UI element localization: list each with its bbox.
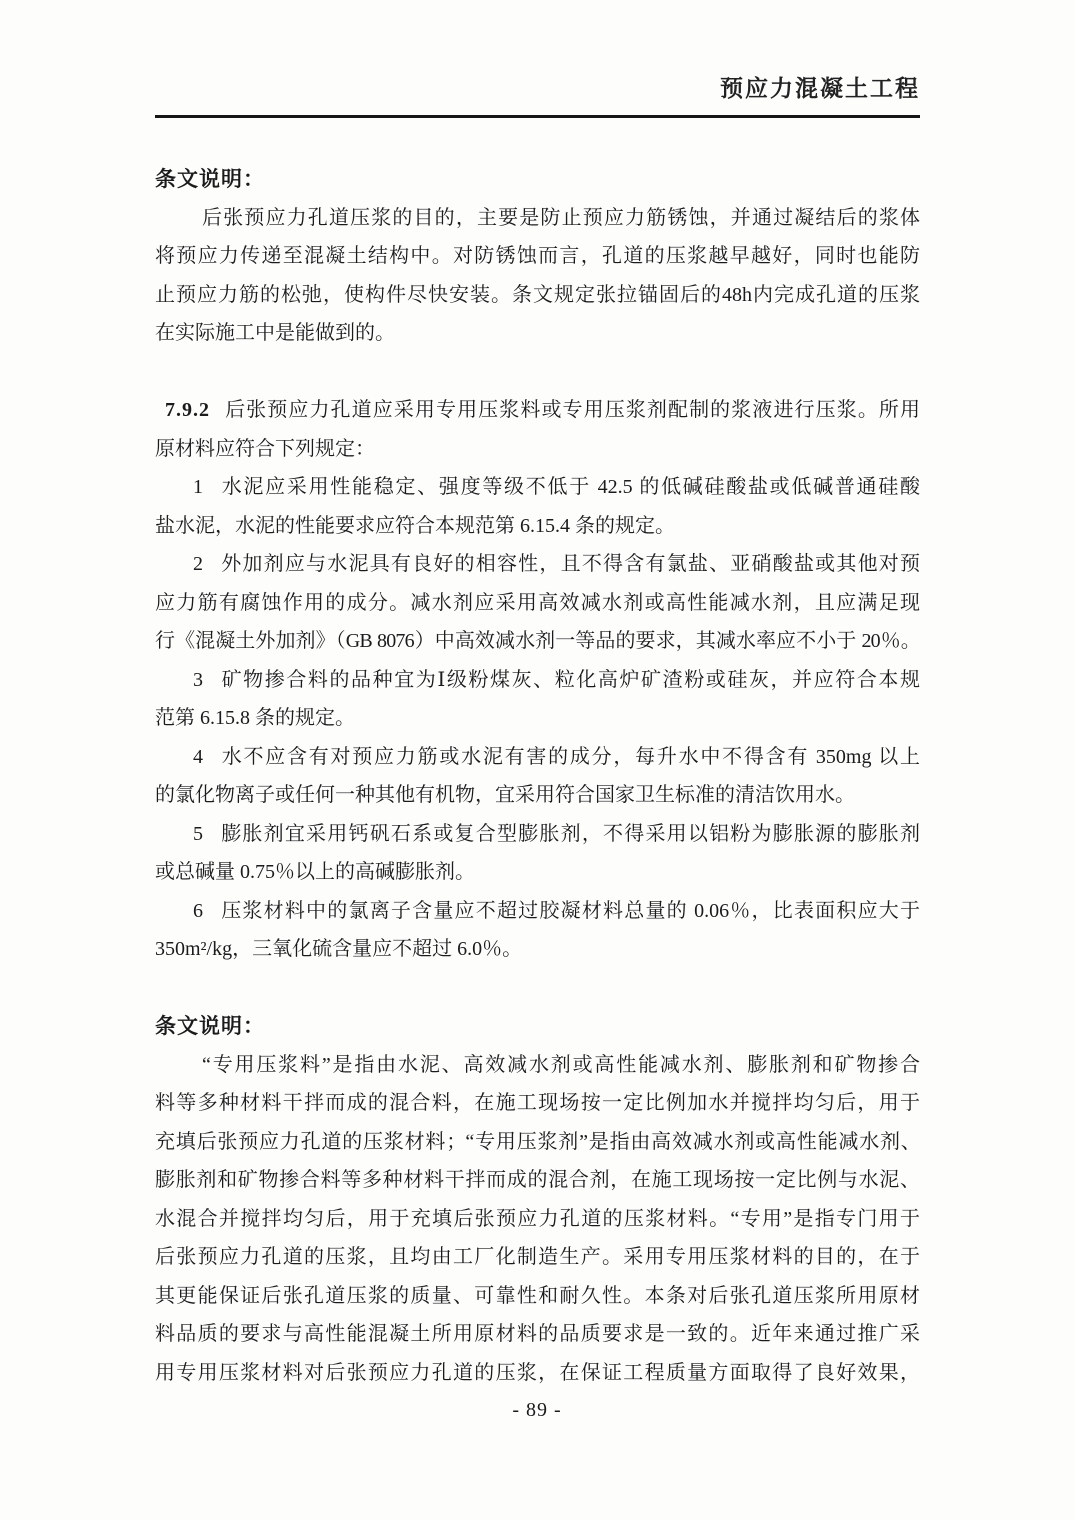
- blank-line: [155, 353, 920, 392]
- list-item-line: 或总碱量 0.75％以上的高碱膨胀剂。: [155, 853, 920, 892]
- list-item-line: 1水泥应采用性能稳定、强度等级不低于 42.5 的低碱硅酸盐或低碱普通硅酸: [155, 468, 920, 507]
- paragraph-line: 后张预应力孔道的压浆，且均由工厂化制造生产。采用专用压浆材料的目的，在于: [155, 1238, 920, 1277]
- list-item-line: 4水不应含有对预应力筋或水泥有害的成分，每升水中不得含有 350mg 以上: [155, 738, 920, 777]
- list-item-number: 3: [193, 669, 203, 691]
- list-item-number: 5: [193, 823, 203, 845]
- clause-intro-line: 7.9.2后张预应力孔道应采用专用压浆料或专用压浆剂配制的浆液进行压浆。所用: [155, 391, 920, 430]
- list-item-text: 压浆材料中的氯离子含量应不超过胶凝材料总量的 0.06％，比表面积应大于: [220, 900, 920, 922]
- section-heading: 条文说明：: [155, 160, 920, 199]
- blank-line: [155, 969, 920, 1008]
- list-item-line: 2外加剂应与水泥具有良好的相容性，且不得含有氯盐、亚硝酸盐或其他对预: [155, 545, 920, 584]
- paragraph-line: 将预应力传递至混凝土结构中。对防锈蚀而言，孔道的压浆越早越好，同时也能防: [155, 237, 920, 276]
- document-page: 预应力混凝土工程 条文说明： 后张预应力孔道压浆的目的，主要是防止预应力筋锈蚀，…: [0, 0, 1074, 1520]
- list-item-text: 膨胀剂宜采用钙矾石系或复合型膨胀剂，不得采用以铝粉为膨胀源的膨胀剂: [220, 823, 920, 845]
- page-number: - 89 -: [0, 1399, 1074, 1422]
- paragraph-line: 水混合并搅拌均匀后，用于充填后张预应力孔道的压浆材料。“专用”是指专门用于: [155, 1200, 920, 1239]
- list-item-line: 范第 6.15.8 条的规定。: [155, 699, 920, 738]
- paragraph-line: 其更能保证后张孔道压浆的质量、可靠性和耐久性。本条对后张孔道压浆所用原材: [155, 1277, 920, 1316]
- list-item-line: 的氯化物离子或任何一种其他有机物，宜采用符合国家卫生标准的清洁饮用水。: [155, 776, 920, 815]
- list-item-number: 2: [193, 553, 203, 575]
- paragraph-line: 充填后张预应力孔道的压浆材料；“专用压浆剂”是指由高效减水剂或高性能减水剂、: [155, 1123, 920, 1162]
- list-item-line: 盐水泥，水泥的性能要求应符合本规范第 6.15.4 条的规定。: [155, 507, 920, 546]
- clause-intro-line: 原材料应符合下列规定：: [155, 430, 920, 469]
- list-item-line: 6压浆材料中的氯离子含量应不超过胶凝材料总量的 0.06％，比表面积应大于: [155, 892, 920, 931]
- clause-number: 7.9.2: [165, 399, 210, 421]
- clause-intro-text: 后张预应力孔道应采用专用压浆料或专用压浆剂配制的浆液进行压浆。所用: [224, 399, 920, 421]
- paragraph-line: 料等多种材料干拌而成的混合料，在施工现场按一定比例加水并搅拌均匀后，用于: [155, 1084, 920, 1123]
- list-item-line: 3矿物掺合料的品种宜为Ⅰ级粉煤灰、粒化高炉矿渣粉或硅灰，并应符合本规: [155, 661, 920, 700]
- paragraph-line: 在实际施工中是能做到的。: [155, 314, 920, 353]
- list-item-line: 应力筋有腐蚀作用的成分。减水剂应采用高效减水剂或高性能减水剂，且应满足现: [155, 584, 920, 623]
- paragraph-line: 料品质的要求与高性能混凝土所用原材料的品质要求是一致的。近年来通过推广采: [155, 1315, 920, 1354]
- document-body: 条文说明： 后张预应力孔道压浆的目的，主要是防止预应力筋锈蚀，并通过凝结后的浆体…: [155, 160, 920, 1392]
- list-item-number: 1: [193, 476, 203, 498]
- header-rule: [155, 115, 920, 118]
- list-item-text: 水不应含有对预应力筋或水泥有害的成分，每升水中不得含有 350mg 以上: [220, 746, 920, 768]
- list-item-line: 5膨胀剂宜采用钙矾石系或复合型膨胀剂，不得采用以铝粉为膨胀源的膨胀剂: [155, 815, 920, 854]
- list-item-number: 4: [193, 746, 203, 768]
- paragraph-line: 用专用压浆材料对后张预应力孔道的压浆，在保证工程质量方面取得了良好效果，: [155, 1354, 920, 1393]
- paragraph-line: 后张预应力孔道压浆的目的，主要是防止预应力筋锈蚀，并通过凝结后的浆体: [155, 199, 920, 238]
- list-item-number: 6: [193, 900, 203, 922]
- paragraph-line: 膨胀剂和矿物掺合料等多种材料干拌而成的混合剂，在施工现场按一定比例与水泥、: [155, 1161, 920, 1200]
- page-header-title: 预应力混凝土工程: [155, 70, 920, 103]
- list-item-line: 行《混凝土外加剂》（GB 8076）中高效减水剂一等品的要求，其减水率应不小于 …: [155, 622, 920, 661]
- list-item-text: 外加剂应与水泥具有良好的相容性，且不得含有氯盐、亚硝酸盐或其他对预: [220, 553, 920, 575]
- list-item-text: 水泥应采用性能稳定、强度等级不低于 42.5 的低碱硅酸盐或低碱普通硅酸: [220, 476, 920, 498]
- paragraph-line: “专用压浆料”是指由水泥、高效减水剂或高性能减水剂、膨胀剂和矿物掺合: [155, 1046, 920, 1085]
- paragraph-line: 止预应力筋的松弛，使构件尽快安装。条文规定张拉锚固后的48h内完成孔道的压浆: [155, 276, 920, 315]
- section-heading: 条文说明：: [155, 1007, 920, 1046]
- list-item-line: 350m²/kg，三氧化硫含量应不超过 6.0％。: [155, 930, 920, 969]
- list-item-text: 矿物掺合料的品种宜为Ⅰ级粉煤灰、粒化高炉矿渣粉或硅灰，并应符合本规: [220, 669, 920, 691]
